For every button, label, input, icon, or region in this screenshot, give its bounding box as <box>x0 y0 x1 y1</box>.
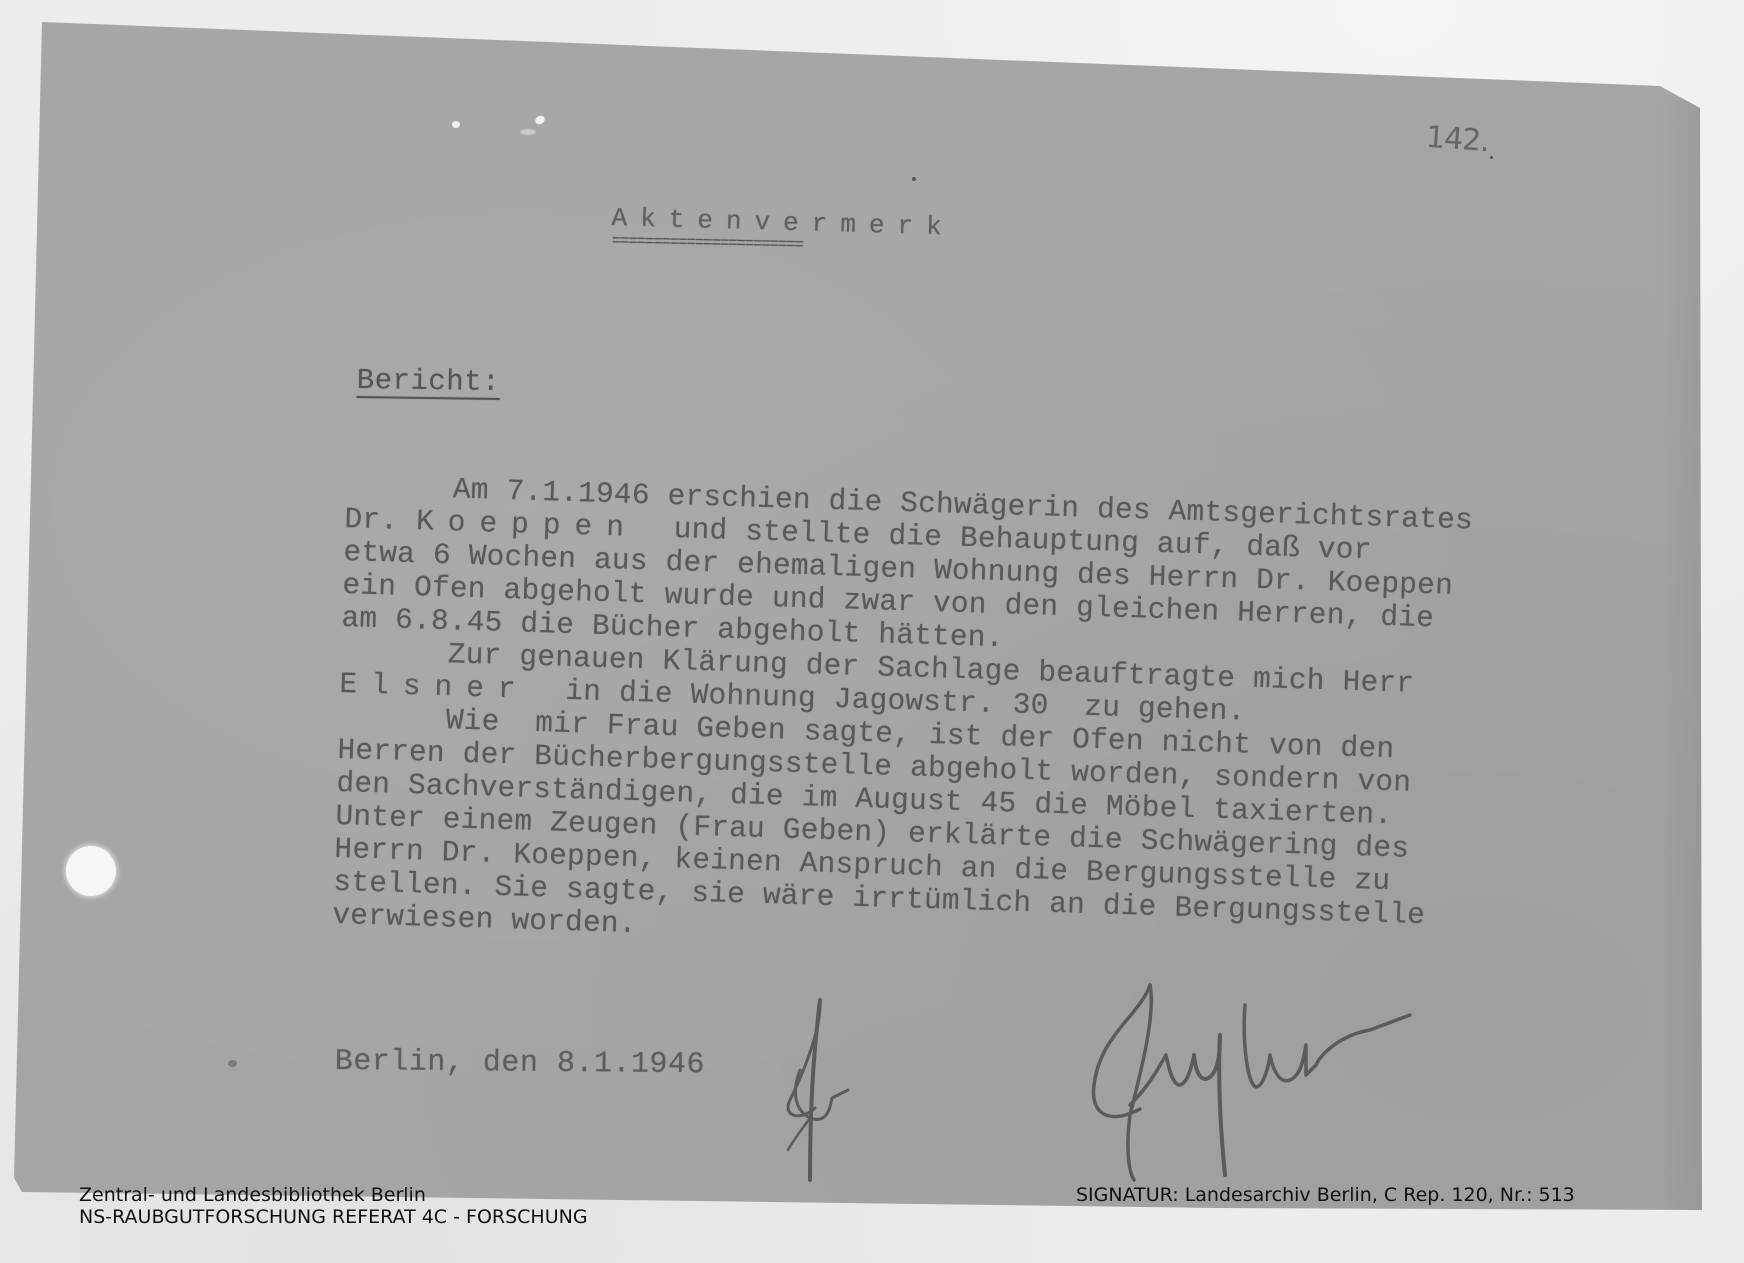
footer-left: Zentral- und Landesbibliothek Berlin NS-… <box>79 1184 588 1228</box>
ink-dot <box>912 177 916 181</box>
paper-speck <box>520 129 536 135</box>
ink-dot <box>1490 156 1493 159</box>
ink-dot <box>228 1060 237 1067</box>
handwritten-page-number: 142. <box>1425 120 1490 159</box>
report-body: Am 7.1.1946 erschien die Schwägerin des … <box>332 470 1473 966</box>
section-label: Bericht: <box>357 364 501 399</box>
paper-speck <box>452 121 460 128</box>
footer-department: NS-RAUBGUTFORSCHUNG REFERAT 4C - FORSCHU… <box>79 1206 588 1228</box>
sheet-edge-shadow <box>1660 100 1702 1210</box>
initial-signature <box>770 990 890 1190</box>
footer-signature-reference: SIGNATUR: Landesarchiv Berlin, C Rep. 12… <box>1076 1184 1575 1206</box>
footer-institution: Zentral- und Landesbibliothek Berlin <box>79 1184 426 1206</box>
hole-punch <box>66 846 116 896</box>
full-signature <box>1070 975 1430 1190</box>
place-and-date: Berlin, den 8.1.1946 <box>335 1045 705 1082</box>
